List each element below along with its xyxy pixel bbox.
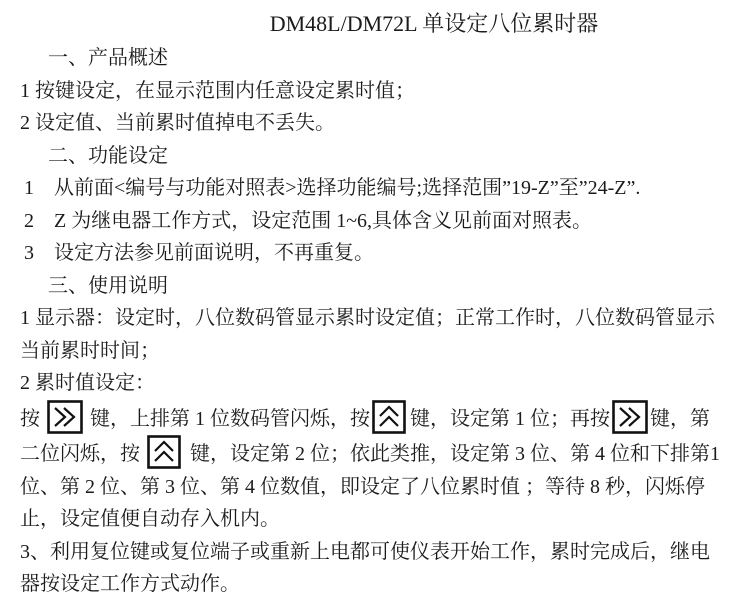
text-segment: 键，上排第 1 位数码管闪烁，按 <box>85 408 370 430</box>
text-segment: 键，设定第 1 位；再按 <box>410 408 610 430</box>
double-chevron-right-key-icon <box>612 400 648 434</box>
text-segment: 按 <box>20 408 45 430</box>
keys-paragraph-line4: 止，设定值便自动存入机内。 <box>0 503 750 536</box>
display-paragraph-line2: 当前累时时间； <box>0 335 750 368</box>
double-chevron-up-key-icon <box>147 435 183 469</box>
display-paragraph-line1: 1 显示器：设定时，八位数码管显示累时设定值；正常工作时，八位数码管显示 <box>0 302 750 335</box>
section2-header: 二、功能设定 <box>0 140 750 173</box>
double-chevron-up-key-icon <box>372 400 408 434</box>
text-segment: 键，设定第 2 位；依此类推，设定第 3 位、第 4 位和下排第1 <box>185 443 720 465</box>
section1-item1: 1 按键设定，在显示范围内任意设定累时值； <box>0 75 750 108</box>
text-segment: 二位闪烁，按 <box>20 443 145 465</box>
keys-paragraph-line2: 二位闪烁，按 键，设定第 2 位；依此类推，设定第 3 位、第 4 位和下排第1 <box>0 435 750 471</box>
reset-paragraph-line1: 3、利用复位键或复位端子或重新上电都可使仪表开始工作，累时完成后，继电 <box>0 536 750 569</box>
section1-header: 一、产品概述 <box>0 42 750 75</box>
section2-item2: 2 Z 为继电器工作方式，设定范围 1~6,具体含义见前面对照表。 <box>0 205 750 238</box>
instruction-document-page: DM48L/DM72L 单设定八位累时器 一、产品概述 1 按键设定，在显示范围… <box>0 0 750 600</box>
keys-paragraph-line1: 按 键，上排第 1 位数码管闪烁，按键，设定第 1 位；再按键，第 <box>0 400 750 436</box>
page-title: DM48L/DM72L 单设定八位累时器 <box>0 0 750 42</box>
text-segment: 键，第 <box>650 408 710 430</box>
section2-item3: 3 设定方法参见前面说明，不再重复。 <box>0 237 750 270</box>
section2-item1: 1 从前面<编号与功能对照表>选择功能编号;选择范围”19-Z”至”24-Z”. <box>0 172 750 205</box>
reset-paragraph-line2: 器按设定工作方式动作。 <box>0 568 750 600</box>
double-chevron-right-key-icon <box>47 400 83 434</box>
keys-paragraph-line3: 位、第 2 位、第 3 位、第 4 位数值，即设定了八位累时值 ；等待 8 秒，… <box>0 471 750 504</box>
section1-item2: 2 设定值、当前累时值掉电不丢失。 <box>0 107 750 140</box>
setting-paragraph-label: 2 累时值设定： <box>0 367 750 400</box>
section3-header: 三、使用说明 <box>0 270 750 303</box>
